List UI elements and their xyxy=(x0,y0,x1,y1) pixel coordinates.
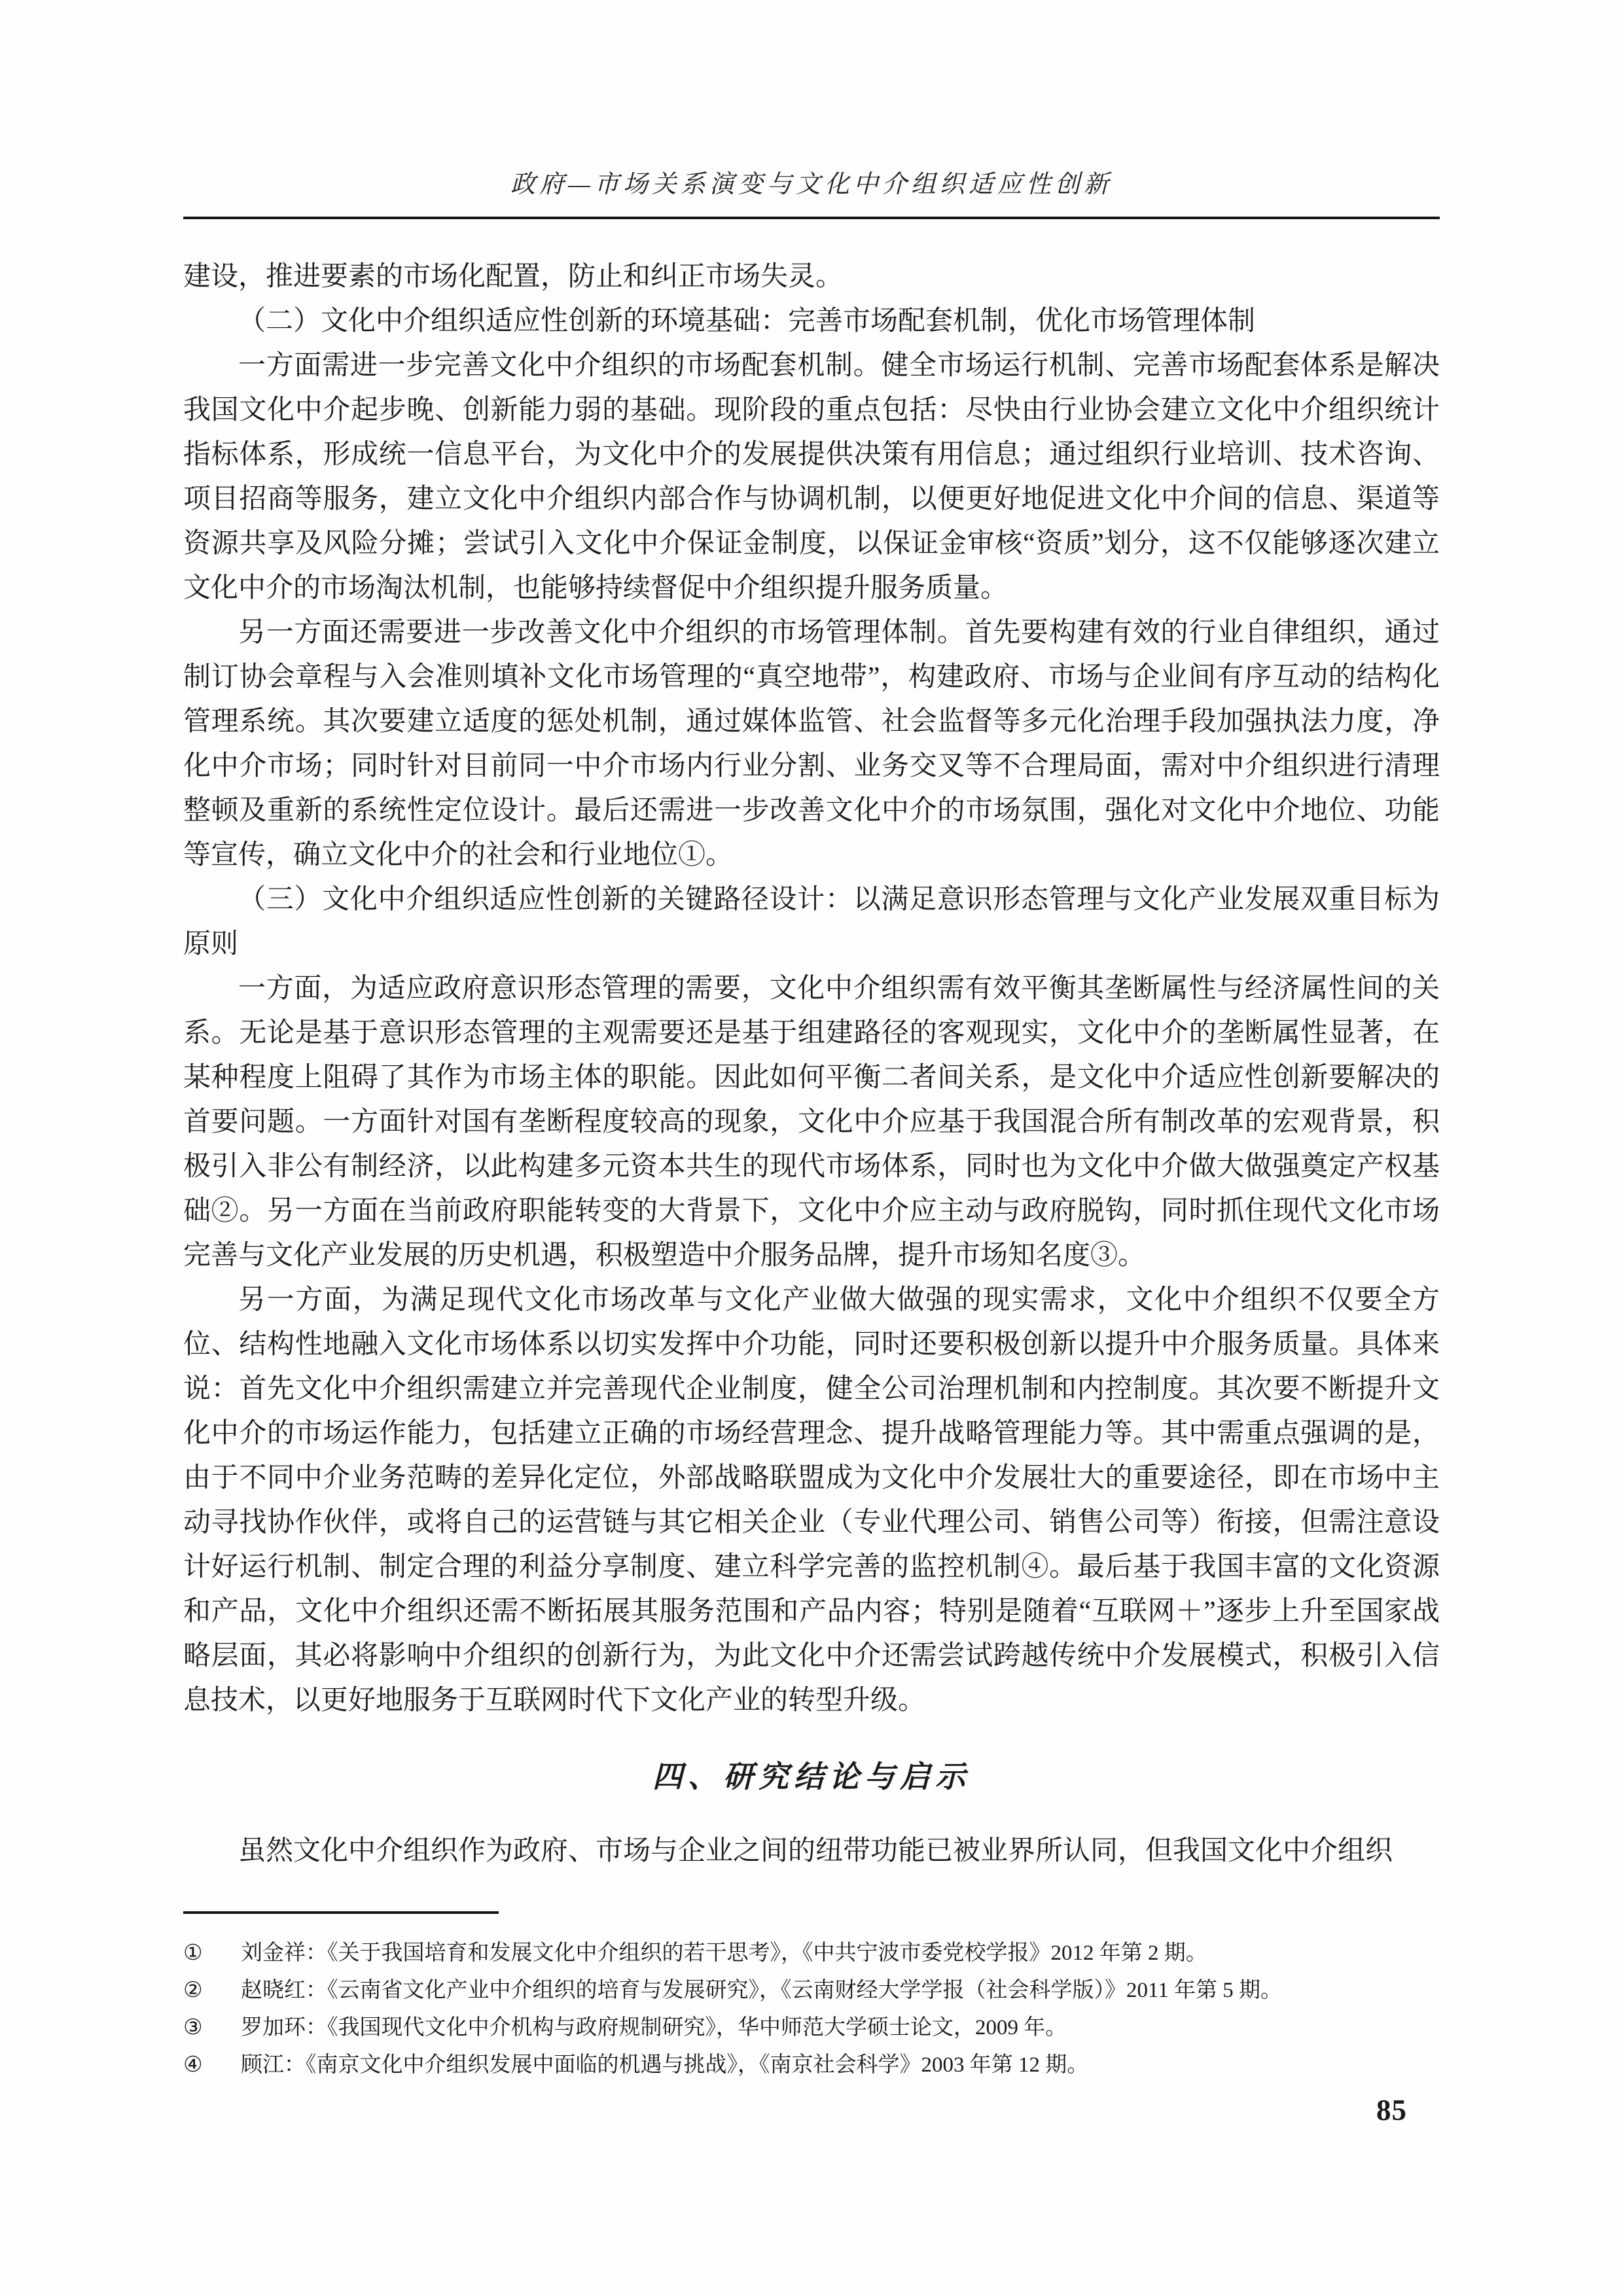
footnote-text: 刘金祥：《关于我国培育和发展文化中介组织的若干思考》，《中共宁波市委党校学报》2… xyxy=(241,1939,1207,1968)
footnote-item: ④ 顾江：《南京文化中介组织发展中面临的机遇与挑战》，《南京社会科学》2003 … xyxy=(183,2051,1440,2079)
footnote-marker: ② xyxy=(183,1976,213,2005)
footnotes-section: ① 刘金祥：《关于我国培育和发展文化中介组织的若干思考》，《中共宁波市委党校学报… xyxy=(183,1911,1440,2079)
footnote-text: 顾江：《南京文化中介组织发展中面临的机遇与挑战》，《南京社会科学》2003 年第… xyxy=(241,2051,1088,2079)
running-head-title: 政府—市场关系演变与文化中介组织适应性创新 xyxy=(183,164,1440,200)
footnote-item: ③ 罗加环：《我国现代文化中介机构与政府规制研究》，华中师范大学硕士论文，200… xyxy=(183,2013,1440,2042)
page-number: 85 xyxy=(1376,2093,1407,2127)
paragraph: 一方面需进一步完善文化中介组织的市场配套机制。健全市场运行机制、完善市场配套体系… xyxy=(183,344,1440,610)
footnote-text: 罗加环：《我国现代文化中介机构与政府规制研究》，华中师范大学硕士论文，2009 … xyxy=(241,2013,1067,2042)
footnote-marker: ③ xyxy=(183,2013,213,2042)
footnote-item: ② 赵晓红：《云南省文化产业中介组织的培育与发展研究》，《云南财经大学学报（社会… xyxy=(183,1976,1440,2005)
header-rule xyxy=(183,217,1440,219)
subsection-heading-3: （三）文化中介组织适应性创新的关键路径设计：以满足意识形态管理与文化产业发展双重… xyxy=(183,877,1440,966)
footnote-marker: ① xyxy=(183,1939,213,1968)
footnote-item: ① 刘金祥：《关于我国培育和发展文化中介组织的若干思考》，《中共宁波市委党校学报… xyxy=(183,1939,1440,1968)
paragraph-continuation: 建设，推进要素的市场化配置，防止和纠正市场失灵。 xyxy=(183,255,1440,299)
paragraph: 另一方面还需要进一步改善文化中介组织的市场管理体制。首先要构建有效的行业自律组织… xyxy=(183,610,1440,877)
subsection-heading-2: （二）文化中介组织适应性创新的环境基础：完善市场配套机制，优化市场管理体制 xyxy=(183,299,1440,344)
section-heading: 四、研究结论与启示 xyxy=(183,1753,1440,1796)
paragraph: 虽然文化中介组织作为政府、市场与企业之间的纽带功能已被业界所认同，但我国文化中介… xyxy=(183,1829,1440,1873)
journal-page: 政府—市场关系演变与文化中介组织适应性创新 建设，推进要素的市场化配置，防止和纠… xyxy=(0,0,1623,2296)
paragraph: 另一方面，为满足现代文化市场改革与文化产业做大做强的现实需求，文化中介组织不仅要… xyxy=(183,1278,1440,1723)
body-text-after-heading: 虽然文化中介组织作为政府、市场与企业之间的纽带功能已被业界所认同，但我国文化中介… xyxy=(183,1829,1440,1873)
body-text: 建设，推进要素的市场化配置，防止和纠正市场失灵。 （二）文化中介组织适应性创新的… xyxy=(183,255,1440,1723)
paragraph: 一方面，为适应政府意识形态管理的需要，文化中介组织需有效平衡其垄断属性与经济属性… xyxy=(183,966,1440,1278)
footnote-text: 赵晓红：《云南省文化产业中介组织的培育与发展研究》，《云南财经大学学报（社会科学… xyxy=(241,1976,1282,2005)
footnote-separator-rule xyxy=(183,1911,499,1914)
page-content: 政府—市场关系演变与文化中介组织适应性创新 建设，推进要素的市场化配置，防止和纠… xyxy=(183,0,1440,2088)
footnote-marker: ④ xyxy=(183,2051,213,2079)
